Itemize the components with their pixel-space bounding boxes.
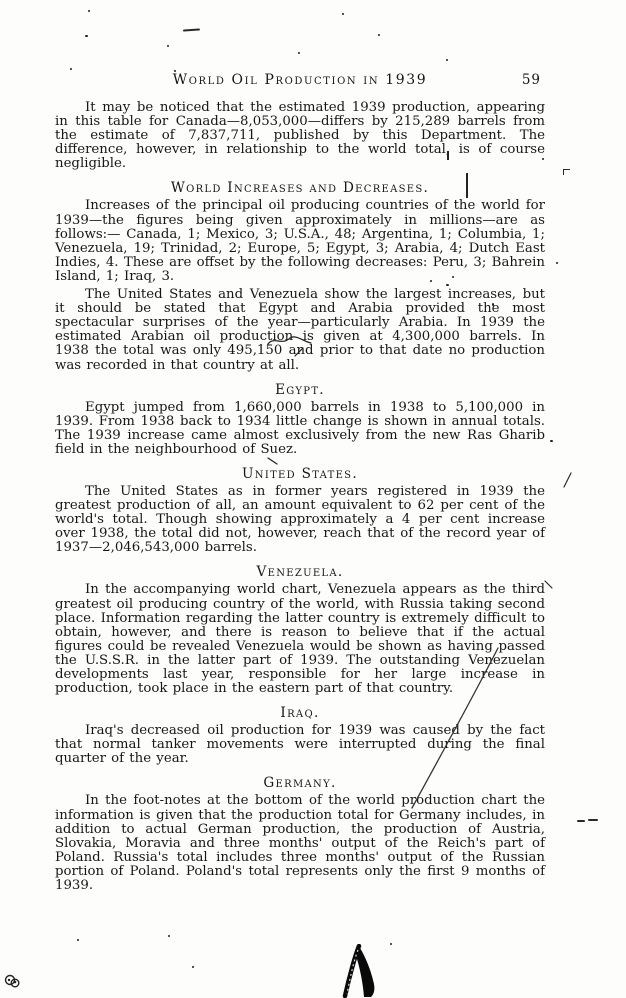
ink-speck <box>556 262 558 264</box>
pencil-dash <box>577 820 585 822</box>
ink-speck <box>192 966 194 968</box>
heading-egypt: Egypt. <box>55 382 545 398</box>
ink-speck <box>174 70 176 72</box>
long-diagonal-pen-line <box>406 645 506 813</box>
ink-speck <box>88 10 90 12</box>
ink-blot-pen-nib <box>336 944 382 998</box>
ink-speck <box>390 943 392 945</box>
ink-backslash-mark <box>267 456 279 466</box>
stamp-scribble <box>3 971 23 992</box>
ink-speck <box>430 280 432 282</box>
paragraph-increases-list: Increases of the principal oil producing… <box>55 199 545 284</box>
ink-speck <box>492 303 494 306</box>
pen-slash-through-word <box>293 346 305 358</box>
ink-speck <box>77 939 79 941</box>
ink-vertical-stroke <box>466 173 468 198</box>
pen-squiggle-over-text <box>266 333 314 349</box>
ink-speck <box>378 34 380 36</box>
paragraph-united-states: The United States as in former years reg… <box>55 485 545 555</box>
ink-speck <box>446 284 449 286</box>
paragraph-egypt: Egypt jumped from 1,660,000 barrels in 1… <box>55 401 545 457</box>
running-header: World Oil Production in 1939 59 <box>55 72 545 88</box>
ink-speck <box>167 45 169 47</box>
ink-speck <box>70 68 72 70</box>
ink-speck <box>452 276 454 278</box>
scanned-book-page: World Oil Production in 1939 59 It may b… <box>0 0 626 998</box>
paragraph-largest-increases: The United States and Venezuela show the… <box>55 288 545 373</box>
ink-speck <box>446 59 448 61</box>
page-number: 59 <box>522 72 541 88</box>
heading-world-increases: World Increases and Decreases. <box>55 180 545 196</box>
ink-speck <box>85 35 88 37</box>
ink-speck <box>342 13 344 15</box>
ink-speck <box>168 935 170 937</box>
pencil-dash <box>588 819 598 821</box>
heading-united-states: United States. <box>55 466 545 482</box>
pencil-dash <box>183 28 200 31</box>
heading-venezuela: Venezuela. <box>55 564 545 580</box>
ink-speck <box>542 158 544 160</box>
paragraph-canada-estimate: It may be noticed that the estimated 193… <box>55 101 545 171</box>
ink-slash-mark <box>563 472 573 488</box>
ink-speck <box>298 52 300 54</box>
page-title: World Oil Production in 1939 <box>55 72 545 88</box>
ink-speck <box>550 440 553 442</box>
pencil-corner-mark <box>563 169 570 175</box>
ink-backslash-mark <box>544 580 553 589</box>
ink-tick-mark <box>447 151 449 160</box>
